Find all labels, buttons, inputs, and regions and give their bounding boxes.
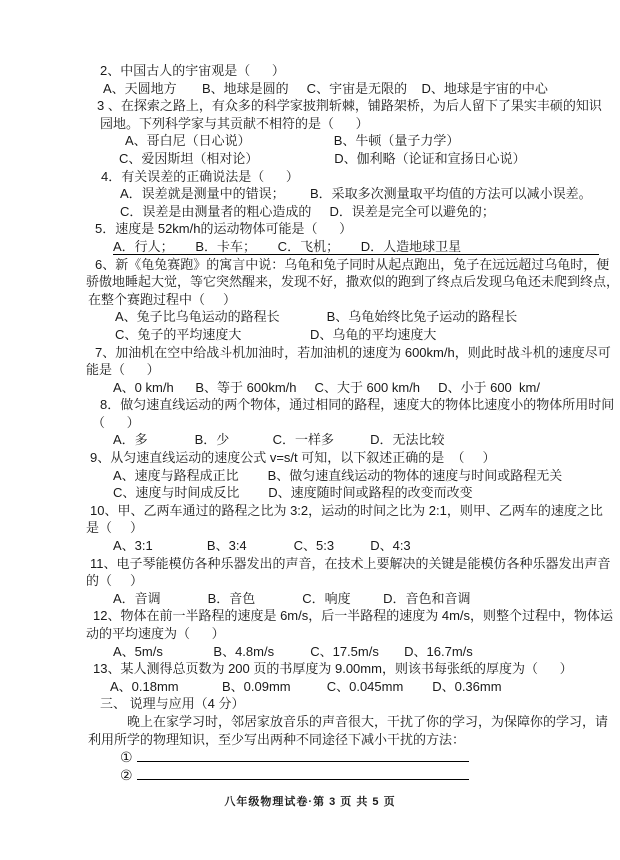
question-9: 9、从匀速直线运动的速度公式 v=s/t 可知，以下叙述正确的是 （ ） [0,449,620,467]
question-7-options: A、0 km/h B、等于 600km/h C、大于 600 km/h D、小于… [0,379,620,397]
question-8: 8．做匀速直线运动的两个物体，通过相同的路程，速度大的物体比速度小的物体所用时间 [0,396,620,414]
question-6-cont2: 在整个赛跑过程中（ ） [0,291,620,309]
question-11-options: A．音调 B．音色 C．响度 D．音色和音调 [0,590,620,608]
question-6: 6、新《龟兔赛跑》的寓言中说：乌龟和兔子同时从起点跑出，兔子在远远超过乌龟时，便 [0,256,620,274]
question-12-cont: 动的平均速度为（ ） [0,625,620,643]
question-3-options-cd: C、爱因斯坦（相对论） D、伽利略（论证和宣扬日心说） [0,150,620,168]
exam-body: 2、中国古人的宇宙观是（ ）A、天圆地方 B、地球是圆的 C、宇宙是无限的 D、… [0,62,620,809]
exam-page: 2、中国古人的宇宙观是（ ）A、天圆地方 B、地球是圆的 C、宇宙是无限的 D、… [0,0,620,860]
question-4: 4．有关误差的正确说法是（ ） [0,168,620,186]
question-10-cont: 是（ ） [0,519,620,537]
question-7: 7、加油机在空中给战斗机加油时，若加油机的速度为 600km/h，则此时战斗机的… [0,344,620,362]
question-6-options-cd: C、兔子的平均速度大 D、乌龟的平均速度大 [0,326,620,344]
question-13-options: A、0.18mm B、0.09mm C、0.045mm D、0.36mm [0,678,620,696]
circled-number: ② [120,767,133,783]
circled-number: ① [120,749,133,765]
question-3-cont: 园地。下列科学家与其贡献不相符的是（ ） [0,115,620,133]
question-3-options-ab: A、哥白尼（日心说） B、牛顿（量子力学） [0,132,620,150]
question-10-options: A、3:1 B、3:4 C、5:3 D、4:3 [0,537,620,555]
question-5-options: A．行人； B．卡车； C．飞机； D．人造地球卫星 [0,238,620,256]
question-6-options-ab: A、兔子比乌龟运动的路程长 B、乌龟始终比兔子运动的路程长 [0,308,620,326]
section-3-text: 晚上在家学习时，邻居家放音乐的声音很大，干扰了你的学习，为保障你的学习，请 [0,713,620,731]
question-6-cont1: 骄傲地睡起大觉，等它突然醒来，发现不好，撒欢似的跑到了终点后发现乌龟还未爬到终点… [0,273,620,291]
question-12-options: A、5m/s B、4.8m/s C、17.5m/s D、16.7m/s [0,643,620,661]
answer-underline [137,748,469,762]
answer-blank: ① [0,748,620,766]
question-9-options-ab: A、速度与路程成正比 B、做匀速直线运动的物体的速度与时间或路程无关 [0,467,620,485]
answer-underline [137,766,469,780]
question-13: 13、某人测得总页数为 200 页的书厚度为 9.00mm，则该书每张纸的厚度为… [0,660,620,678]
question-11-cont: 的（ ） [0,572,620,590]
question-2-options: A、天圆地方 B、地球是圆的 C、宇宙是无限的 D、地球是宇宙的中心 [0,80,620,98]
question-10: 10、甲、乙两车通过的路程之比为 3:2，运动的时间之比为 2:1，则甲、乙两车… [0,502,620,520]
question-8-options: A．多 B．少 C．一样多 D．无法比较 [0,431,620,449]
answer-blank: ② [0,766,620,784]
question-12: 12、物体在前一半路程的速度是 6m/s，后一半路程的速度为 4m/s，则整个过… [0,607,620,625]
question-2: 2、中国古人的宇宙观是（ ） [0,62,620,80]
question-8-cont: （ ） [0,414,620,432]
question-3: 3 、在探索之路上，有众多的科学家披荆斩棘，铺路架桥，为后人留下了果实丰硕的知识 [0,97,620,115]
question-7-cont: 能是（ ） [0,361,620,379]
question-11: 11、电子琴能模仿各种乐器发出的声音，在技术上要解决的关键是能模仿各种乐器发出声… [0,555,620,573]
section-3-text-cont: 利用所学的物理知识，至少写出两种不同途径下减小干扰的方法： [0,731,620,749]
question-9-options-cd: C、速度与时间成反比 D、速度随时间或路程的改变而改变 [0,484,620,502]
page-footer: 八年级物理试卷·第 3 页 共 5 页 [0,793,620,809]
question-5: 5．速度是 52km/h的运动物体可能是（ ） [0,220,620,238]
question-4-options-ab: A．误差就是测量中的错误； B．采取多次测量取平均值的方法可以减小误差。 [0,185,620,203]
question-4-options-cd: C．误差是由测量者的粗心造成的 D．误差是完全可以避免的； [0,203,620,221]
section-3-heading: 三、 说理与应用（4 分） [0,695,620,713]
